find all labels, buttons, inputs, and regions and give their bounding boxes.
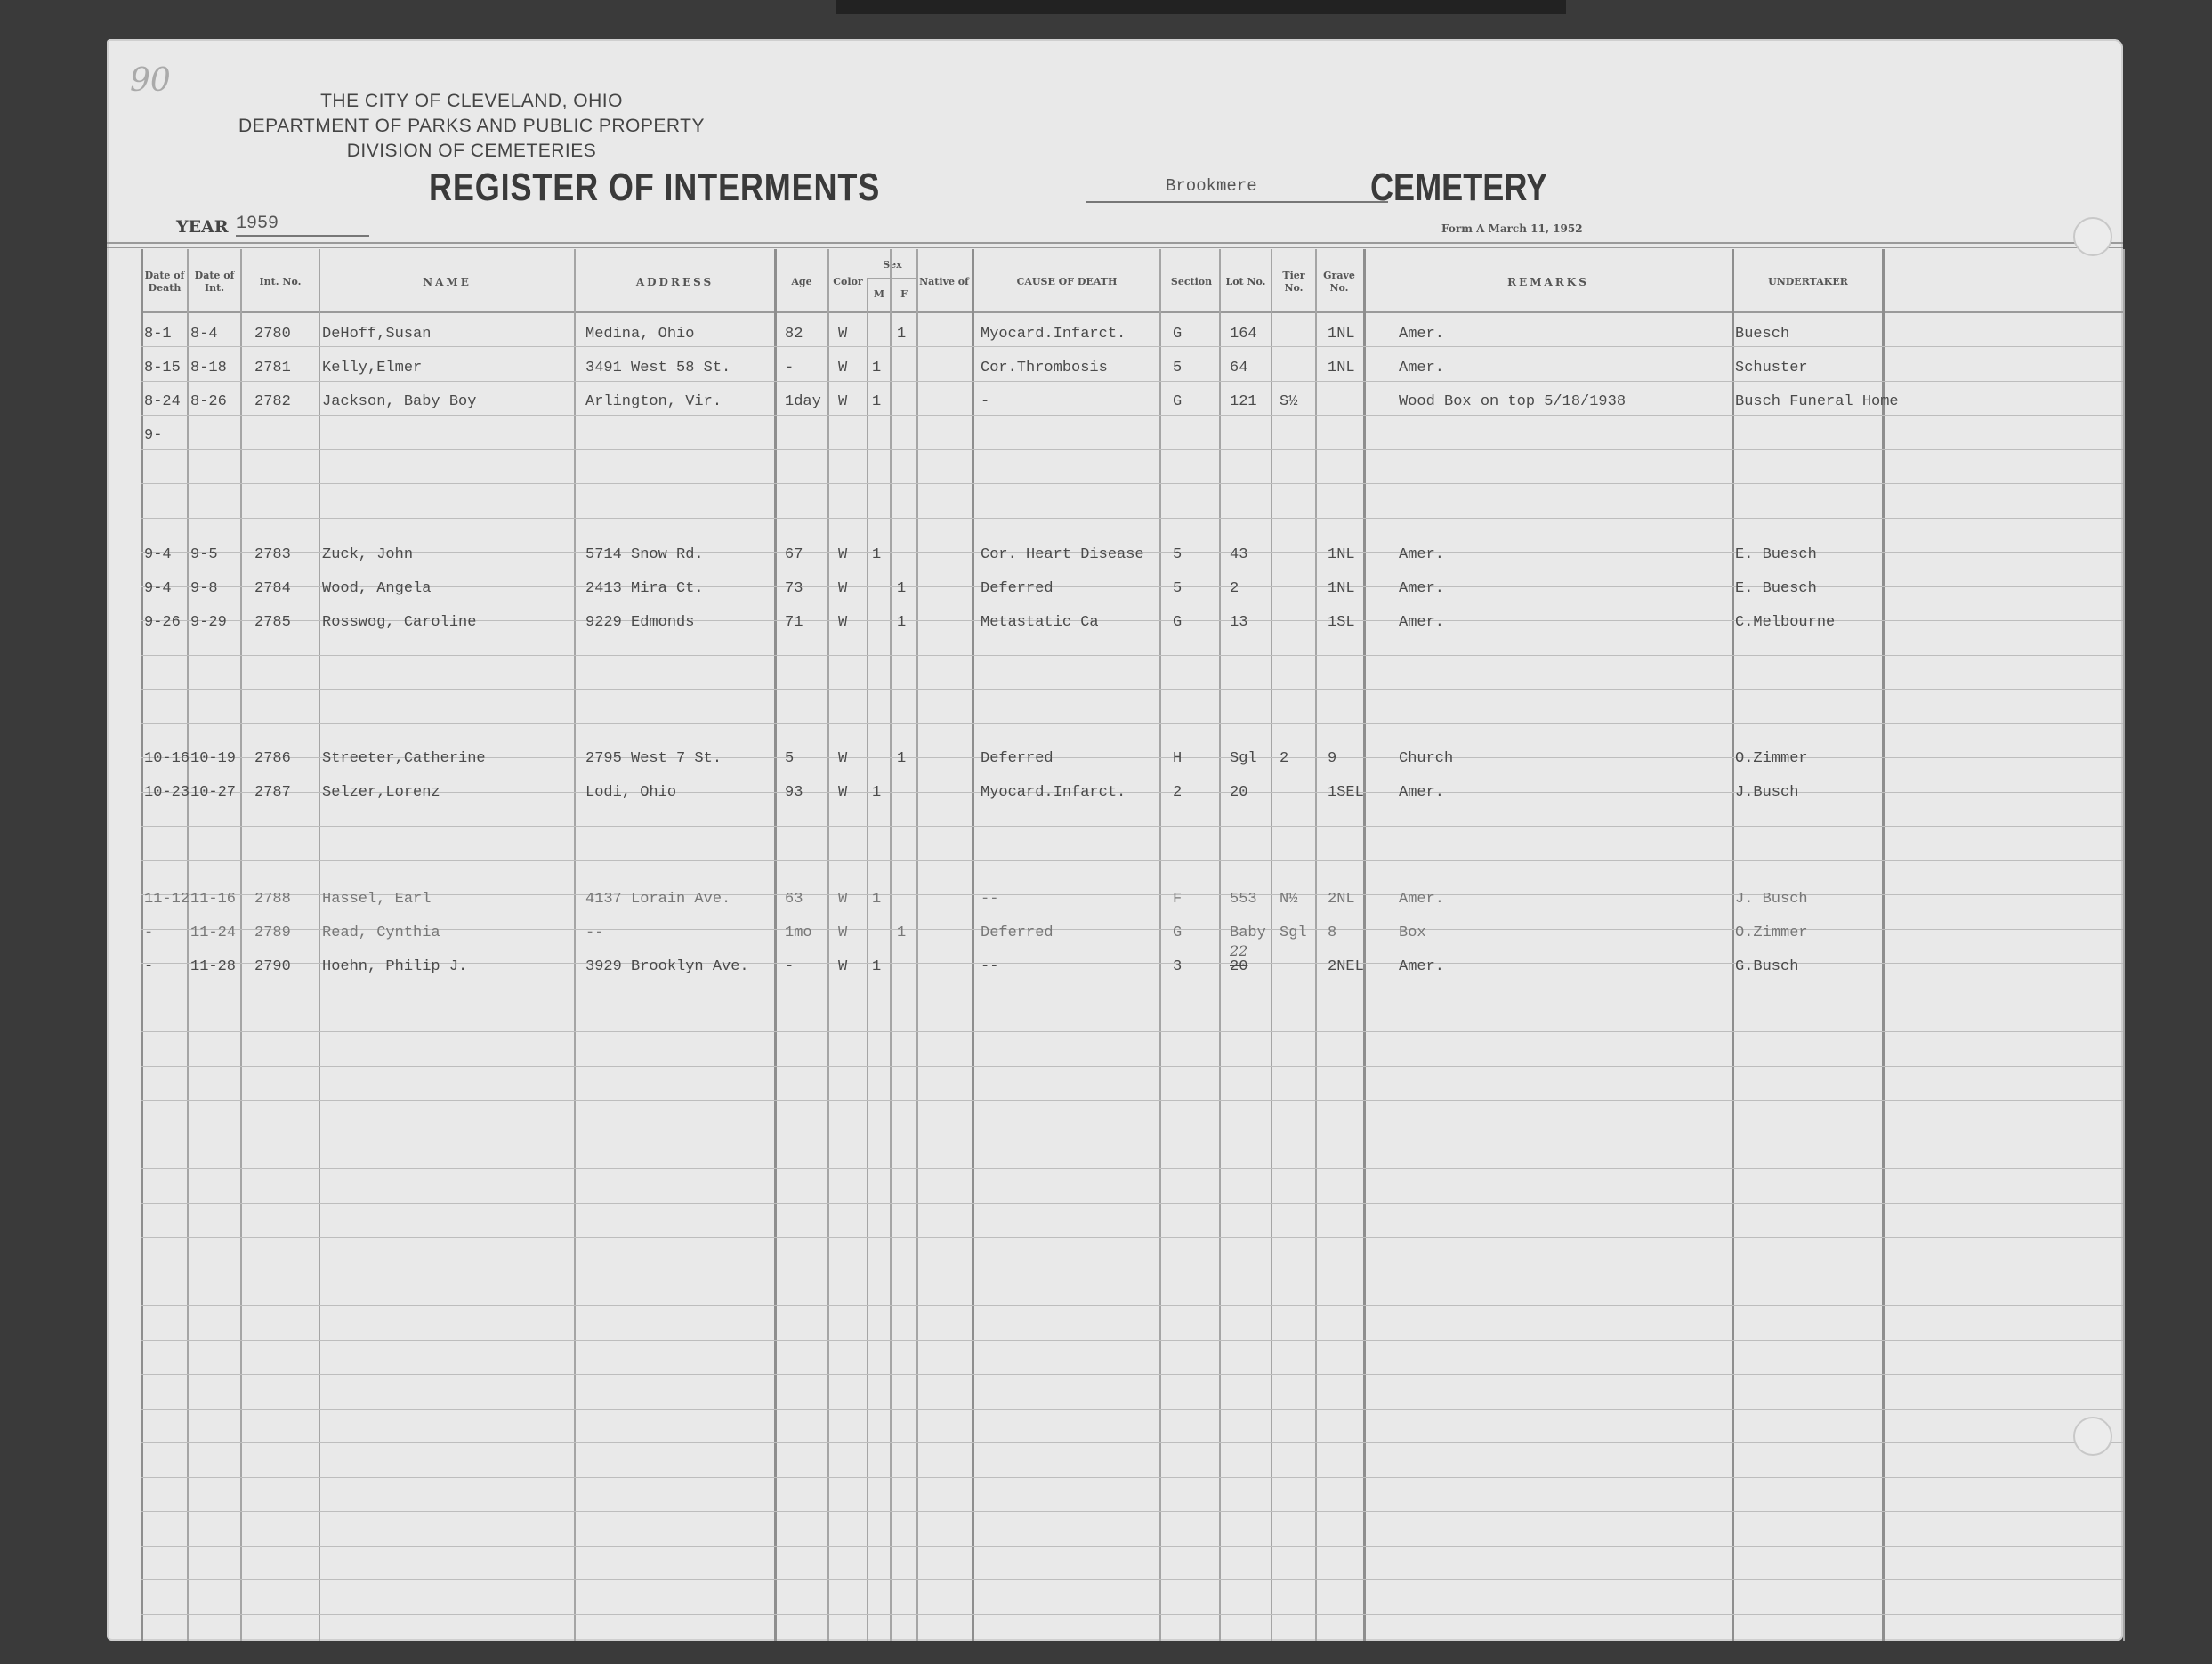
cell-no: 2787 [254,784,291,801]
col-address: ADDRESS [576,253,774,311]
col-tier-no: Tier No. [1272,253,1315,311]
col-date-of-int: Date of Int. [189,253,240,311]
cell-int: 11-24 [190,925,236,941]
col-grave-no: Grave No. [1317,253,1361,311]
cell-death: 9-4 [144,546,172,563]
col-native-of: Native of [918,253,970,311]
cell-grave: 2NL [1328,891,1355,908]
cell-undertaker: E. Buesch [1735,546,1817,563]
cell-lot: 164 [1230,326,1257,343]
cell-address: 3929 Brooklyn Ave. [585,958,749,975]
cell-lot: Baby [1230,925,1266,941]
cell-remarks: Amer. [1399,614,1444,631]
cell-color: W [838,359,847,376]
cell-age: 5 [785,750,794,767]
row-rule [141,723,2123,724]
cell-m: 1 [872,891,881,908]
cell-grave: 1NL [1328,580,1355,597]
column-divider [1159,249,1161,1641]
row-rule [141,689,2123,690]
cell-no: 2786 [254,750,291,767]
cell-cause: Deferred [981,580,1054,597]
cell-m: 1 [872,784,881,801]
cell-undertaker: J. Busch [1735,891,1808,908]
cell-section: G [1173,326,1182,343]
cell-cause: Cor. Heart Disease [981,546,1144,563]
row-rule [141,586,2123,587]
row-rule [141,1374,2123,1375]
cell-address: 9229 Edmonds [585,614,694,631]
cell-name: Read, Cynthia [322,925,440,941]
cell-lot: 20 [1230,784,1247,801]
cell-f: 1 [897,750,906,767]
cell-int: 10-19 [190,750,236,767]
cell-cause: - [981,393,989,410]
cell-color: W [838,891,847,908]
column-divider [1315,249,1317,1641]
cell-remarks: Amer. [1399,359,1444,376]
column-divider [319,249,320,1641]
cell-name: Kelly,Elmer [322,359,422,376]
binder-hole-top [2073,217,2112,256]
cell-int: 11-16 [190,891,236,908]
row-rule [141,1305,2123,1306]
cell-cause: Deferred [981,925,1054,941]
cell-undertaker: Buesch [1735,326,1789,343]
cell-cause: Deferred [981,750,1054,767]
cell-death: 10-23 [144,784,190,801]
cell-no: 2789 [254,925,291,941]
row-rule [141,1031,2123,1032]
row-rule [141,860,2123,861]
cell-death: 8-15 [144,359,181,376]
column-divider [1882,249,1885,1641]
register-page: 90 THE CITY OF CLEVELAND, OHIO DEPARTMEN… [107,39,2123,1641]
cell-int: 9-5 [190,546,218,563]
col-sex-m: M [868,279,890,310]
cell-age: - [785,958,794,975]
col-sex: Sex [868,253,916,278]
row-rule [141,415,2123,416]
row-rule [141,1272,2123,1272]
cell-color: W [838,326,847,343]
cell-f: 1 [897,326,906,343]
row-rule [141,1511,2123,1512]
cell-age: 93 [785,784,803,801]
row-rule [141,1546,2123,1547]
row-rule [141,1168,2123,1169]
column-divider [867,278,868,1641]
row-rule [141,1614,2123,1615]
cell-section: F [1173,891,1182,908]
cell-cause: -- [981,891,998,908]
cell-cause: Myocard.Infarct. [981,326,1126,343]
cell-grave: 2NEL [1328,958,1364,975]
year-label: YEAR [176,217,229,237]
cell-int: 10-27 [190,784,236,801]
cell-grave: 1SL [1328,614,1355,631]
cell-age: 1mo [785,925,812,941]
cell-remarks: Box [1399,925,1426,941]
col-age: Age [776,253,827,311]
cell-death: 11-12 [144,891,190,908]
cell-death: - [144,925,153,941]
cell-color: W [838,925,847,941]
cell-name: Hassel, Earl [322,891,431,908]
cell-death: 9-26 [144,614,181,631]
cell-name: Wood, Angela [322,580,431,597]
row-rule [141,998,2123,998]
lot-correction-annotation: 22 [1230,942,1247,959]
column-divider [187,249,189,1641]
cell-age: 82 [785,326,803,343]
row-rule [141,826,2123,827]
cell-undertaker: Schuster [1735,359,1808,376]
cell-remarks: Amer. [1399,546,1444,563]
column-divider [774,249,777,1641]
column-header-rule [141,311,2123,313]
row-rule [141,1340,2123,1341]
col-lot-no: Lot No. [1222,253,1270,311]
column-divider [890,249,892,1641]
cell-undertaker: J.Busch [1735,784,1798,801]
cell-int: 11-28 [190,958,236,975]
cell-lot: 121 [1230,393,1257,410]
cell-age: 67 [785,546,803,563]
cell-lot: 2 [1230,580,1239,597]
cell-name: Hoehn, Philip J. [322,958,467,975]
cell-grave: 1NL [1328,546,1355,563]
cell-section: 2 [1173,784,1182,801]
cell-cause: Myocard.Infarct. [981,784,1126,801]
cell-no: 2780 [254,326,291,343]
row-rule [141,1237,2123,1238]
column-divider [827,249,829,1641]
row-rule [141,1477,2123,1478]
cell-age: 1day [785,393,821,410]
row-rule [141,1579,2123,1580]
org-city: THE CITY OF CLEVELAND, OHIO [160,91,783,112]
cell-name: Streeter,Catherine [322,750,486,767]
cell-address: -- [585,925,603,941]
row-rule [141,1203,2123,1204]
cell-undertaker: Busch Funeral Home [1735,393,1899,410]
cell-address: 5714 Snow Rd. [585,546,704,563]
cell-tier: N½ [1280,891,1297,908]
row-rule [141,1409,2123,1410]
row-rule [141,1100,2123,1101]
row-rule [141,483,2123,484]
cemetery-label: CEMETERY [1370,166,1547,210]
page-title: REGISTER OF INTERMENTS [429,166,880,210]
cell-section: H [1173,750,1182,767]
cell-lot: 43 [1230,546,1247,563]
cell-name: Jackson, Baby Boy [322,393,476,410]
column-divider [1219,249,1221,1641]
row-rule [141,894,2123,895]
cell-no: 2782 [254,393,291,410]
column-divider [1271,249,1272,1641]
cell-death: 10-16 [144,750,190,767]
col-color: Color [829,253,867,311]
cell-int: 8-4 [190,326,218,343]
cell-section: 5 [1173,580,1182,597]
col-int-no: Int. No. [242,253,319,311]
cell-m: 1 [872,958,881,975]
scan-edge [836,0,1566,14]
sex-subdivider [868,278,916,279]
cell-no: 2784 [254,580,291,597]
column-divider [972,249,974,1641]
cell-cause: -- [981,958,998,975]
cell-address: 2413 Mira Ct. [585,580,704,597]
cell-address: Medina, Ohio [585,326,694,343]
cell-name: Rosswog, Caroline [322,614,476,631]
cell-age: 73 [785,580,803,597]
cell-remarks: Amer. [1399,891,1444,908]
cell-undertaker: E. Buesch [1735,580,1817,597]
cell-death: 8-1 [144,326,172,343]
cell-lot: 13 [1230,614,1247,631]
col-sex-f: F [892,279,916,310]
row-rule [141,449,2123,450]
year-field: 1959 [236,214,369,237]
cell-remarks: Amer. [1399,784,1444,801]
cell-death: - [144,958,153,975]
cell-int: 8-26 [190,393,227,410]
column-divider [916,249,918,1641]
cell-lot: Sgl [1230,750,1257,767]
column-divider [1732,249,1734,1641]
cell-address: 3491 West 58 St. [585,359,731,376]
cell-m: 1 [872,359,881,376]
col-section: Section [1163,253,1220,311]
cell-no: 2785 [254,614,291,631]
row-rule [141,1066,2123,1067]
cell-death: 9-4 [144,580,172,597]
cell-age: 63 [785,891,803,908]
cell-remarks: Wood Box on top 5/18/1938 [1399,393,1626,410]
cell-section: G [1173,393,1182,410]
column-divider [574,249,576,1641]
cell-undertaker: C.Melbourne [1735,614,1835,631]
cell-grave: 9 [1328,750,1336,767]
cell-name: Selzer,Lorenz [322,784,440,801]
cell-grave: 8 [1328,925,1336,941]
cell-age: 71 [785,614,803,631]
cell-tier: S½ [1280,393,1297,410]
cell-color: W [838,614,847,631]
cell-cause: Cor.Thrombosis [981,359,1108,376]
cell-color: W [838,393,847,410]
cell-color: W [838,580,847,597]
binder-hole-bottom [2073,1417,2112,1456]
cell-cause: Metastatic Ca [981,614,1099,631]
cell-address: 4137 Lorain Ave. [585,891,731,908]
cell-section: 3 [1173,958,1182,975]
org-department: DEPARTMENT OF PARKS AND PUBLIC PROPERTY [160,116,783,137]
cell-m: 1 [872,546,881,563]
cell-undertaker: G.Busch [1735,958,1798,975]
row-rule [141,346,2123,347]
cell-address: Arlington, Vir. [585,393,722,410]
column-divider [1363,249,1366,1641]
cell-tier: Sgl [1280,925,1307,941]
row-rule [141,655,2123,656]
cell-lot: 64 [1230,359,1247,376]
cell-address: Lodi, Ohio [585,784,676,801]
cell-name: Zuck, John [322,546,413,563]
cell-remarks: Amer. [1399,326,1444,343]
column-divider [240,249,242,1641]
column-divider [2123,249,2125,1641]
cemetery-name-field: Brookmere [1086,176,1388,203]
header-rule [107,242,2123,244]
cell-section: G [1173,614,1182,631]
row-rule [141,1135,2123,1135]
cell-int: 9-8 [190,580,218,597]
col-undertaker: UNDERTAKER [1734,253,1882,311]
cell-age: - [785,359,794,376]
cell-color: W [838,750,847,767]
cell-grave: 1SEL [1328,784,1364,801]
col-cause-of-death: CAUSE OF DEATH [974,253,1159,311]
cell-no: 2788 [254,891,291,908]
cell-death: 8-24 [144,393,181,410]
col-name: NAME [320,253,574,311]
cell-grave: 1NL [1328,359,1355,376]
row-rule [141,1442,2123,1443]
cell-f: 1 [897,580,906,597]
cell-section: 5 [1173,546,1182,563]
cell-color: W [838,958,847,975]
cell-death: 9- [144,427,162,444]
cell-section: 5 [1173,359,1182,376]
form-note: Form A March 11, 1952 [1441,222,1583,235]
header-rule-thin [107,247,2123,248]
cell-remarks: Church [1399,750,1453,767]
cell-no: 2790 [254,958,291,975]
cell-color: W [838,784,847,801]
cell-lot: 553 [1230,891,1257,908]
cell-undertaker: O.Zimmer [1735,750,1808,767]
cell-m: 1 [872,393,881,410]
cell-undertaker: O.Zimmer [1735,925,1808,941]
cell-remarks: Amer. [1399,958,1444,975]
cell-no: 2783 [254,546,291,563]
cell-name: DeHoff,Susan [322,326,431,343]
cell-remarks: Amer. [1399,580,1444,597]
cell-address: 2795 West 7 St. [585,750,722,767]
cell-tier: 2 [1280,750,1288,767]
cell-grave: 1NL [1328,326,1355,343]
org-division: DIVISION OF CEMETERIES [160,141,783,162]
column-divider [141,249,143,1641]
cell-no: 2781 [254,359,291,376]
col-remarks: REMARKS [1366,253,1731,311]
cell-color: W [838,546,847,563]
cell-section: G [1173,925,1182,941]
cell-int: 8-18 [190,359,227,376]
cell-int: 9-29 [190,614,227,631]
col-date-of-death: Date of Death [142,253,187,311]
row-rule [141,518,2123,519]
cell-lot: 20 [1230,958,1247,975]
cell-f: 1 [897,614,906,631]
row-rule [141,381,2123,382]
cell-f: 1 [897,925,906,941]
